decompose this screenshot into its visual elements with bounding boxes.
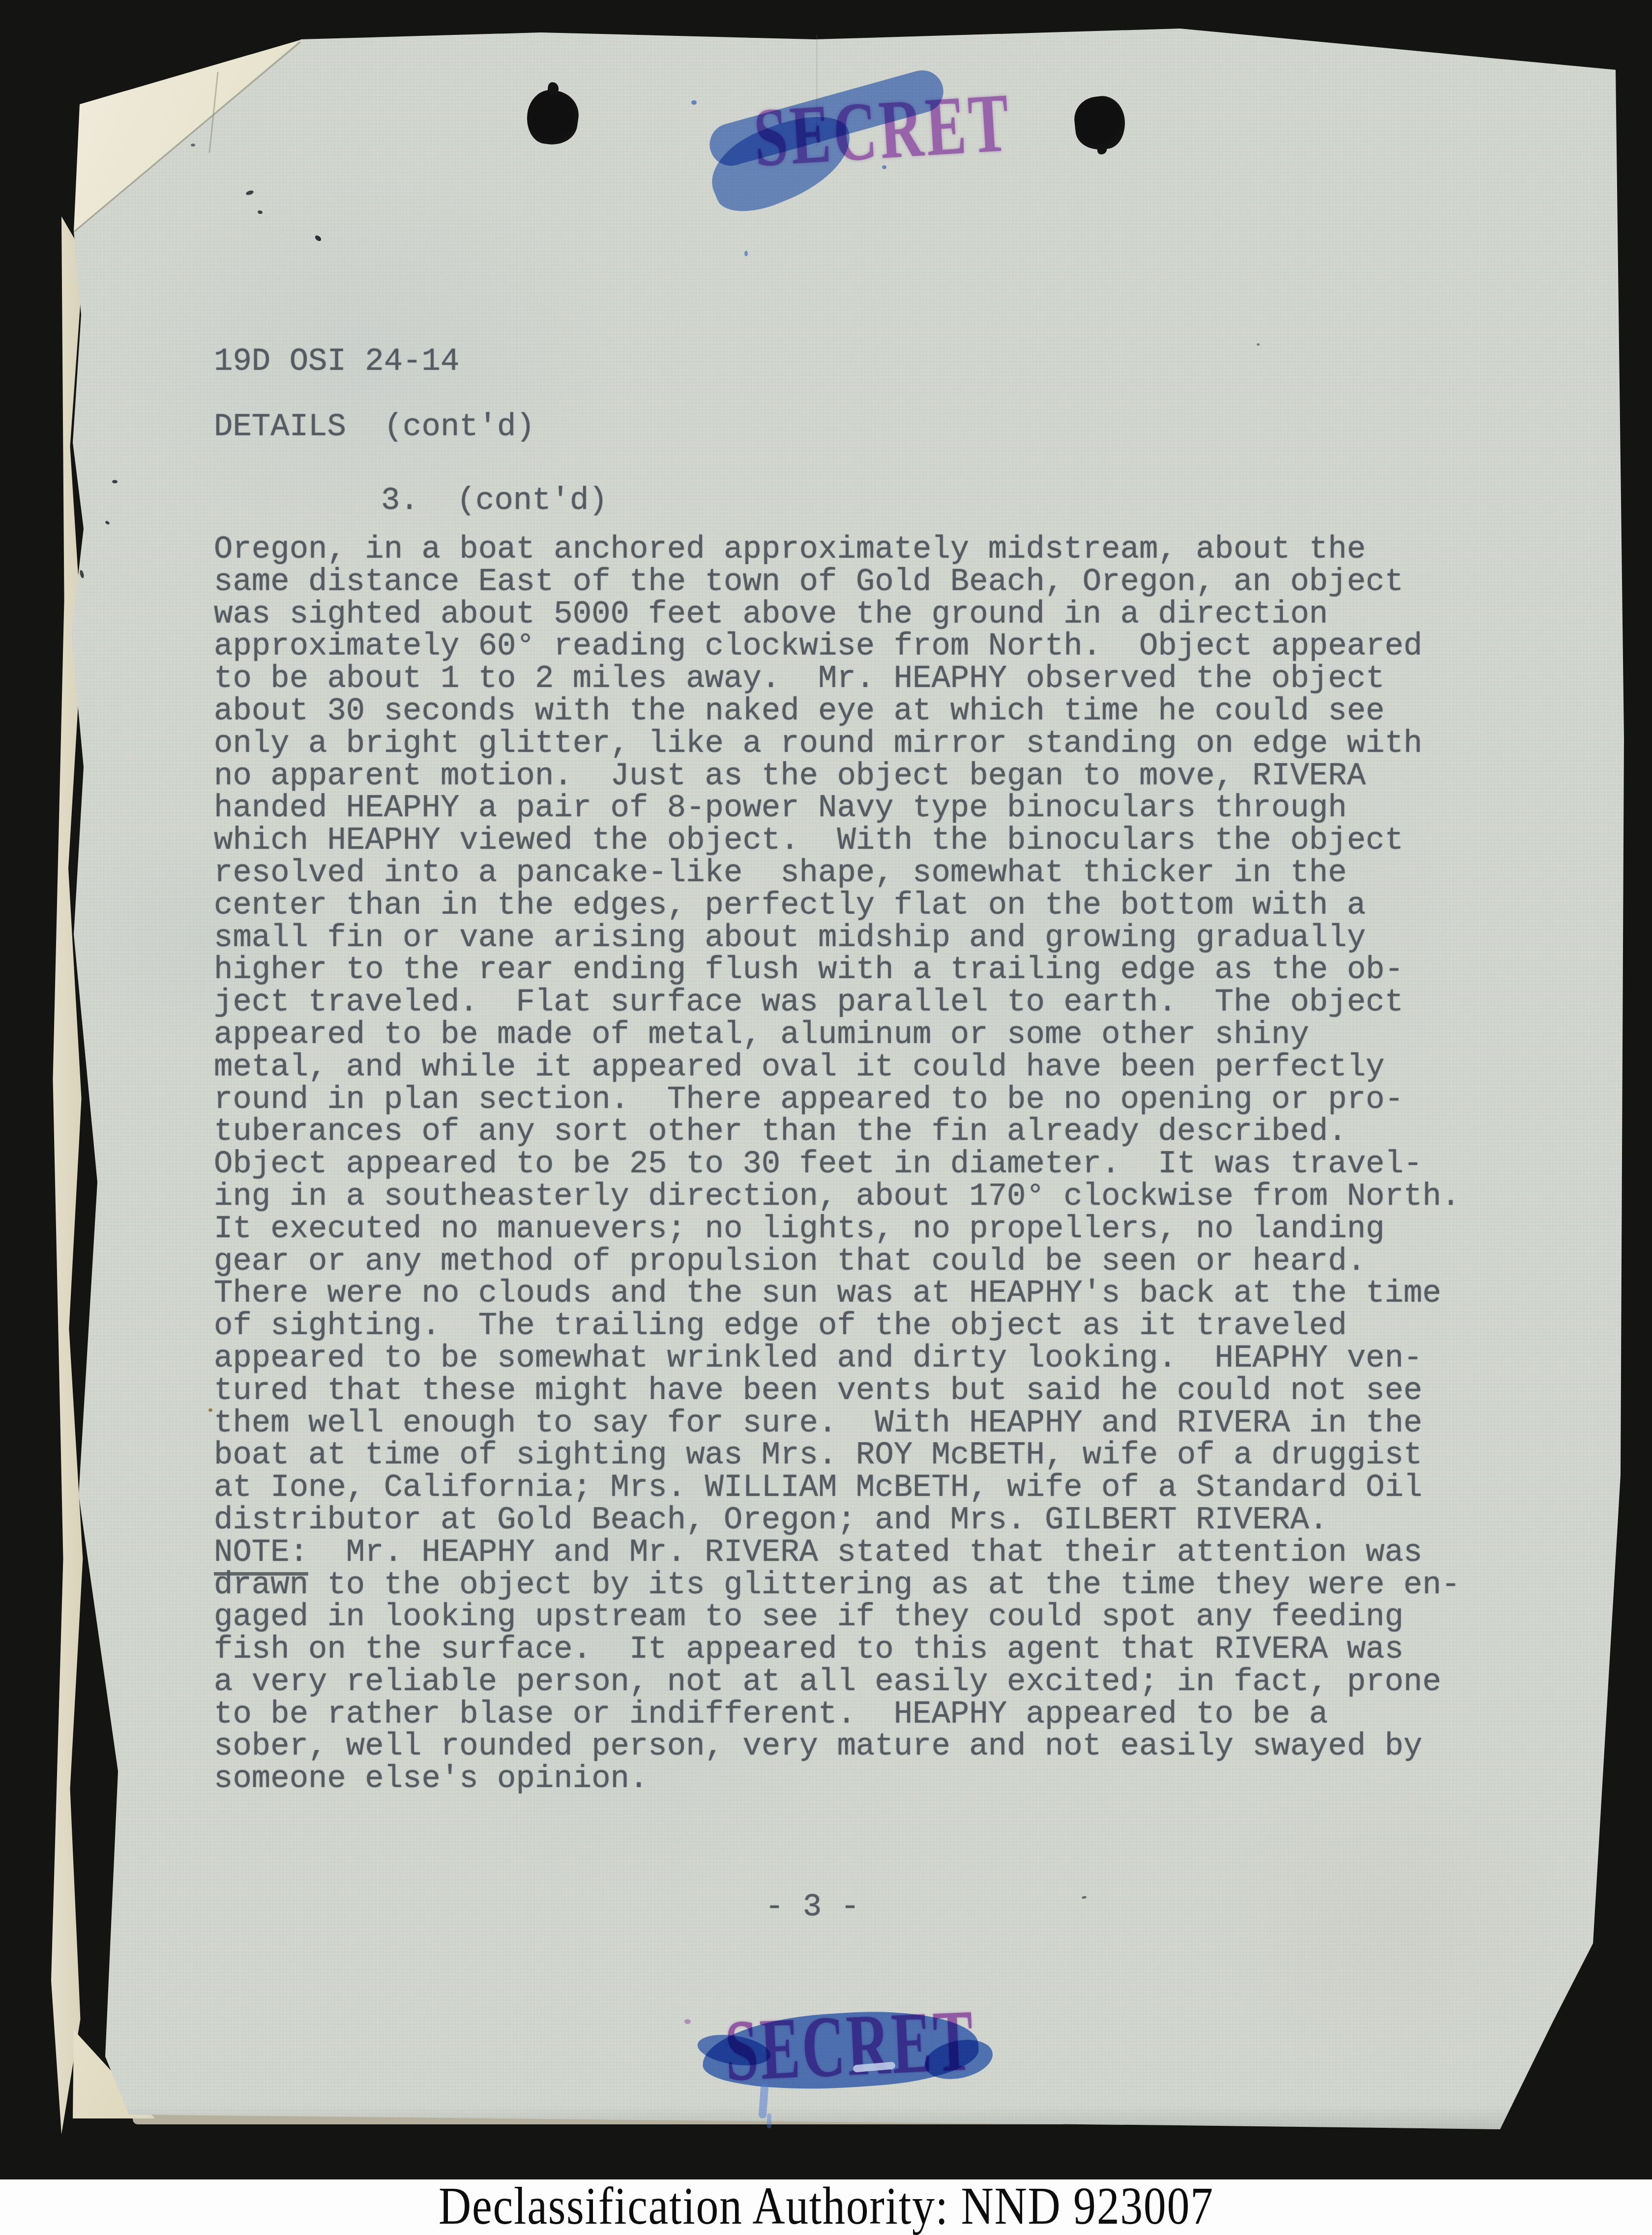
- item-heading: 3. (cont'd): [214, 483, 608, 519]
- body-line: Object appeared to be 25 to 30 feet in d…: [214, 1149, 1460, 1181]
- body-line: approximately 60° reading clockwise from…: [214, 631, 1460, 663]
- body-line: about 30 seconds with the naked eye at w…: [214, 696, 1460, 728]
- body-line: resolved into a pancake-like shape, some…: [214, 858, 1460, 890]
- body-line: only a bright glitter, like a round mirr…: [214, 728, 1460, 761]
- body-line: of sighting. The trailing edge of the ob…: [214, 1311, 1460, 1343]
- body-line: gaged in looking upstream to see if they…: [214, 1602, 1460, 1634]
- body-line: sober, well rounded person, very mature …: [214, 1731, 1460, 1763]
- body-line: tuberances of any sort other than the fi…: [214, 1116, 1460, 1149]
- body-line: higher to the rear ending flush with a t…: [214, 954, 1460, 987]
- body-line: someone else's opinion.: [214, 1763, 1460, 1796]
- body-line: to be about 1 to 2 miles away. Mr. HEAPH…: [214, 663, 1460, 696]
- body-line: no apparent motion. Just as the object b…: [214, 761, 1460, 793]
- marker-speck: [882, 165, 886, 169]
- body-line: distributor at Gold Beach, Oregon; and M…: [214, 1505, 1460, 1537]
- body-line-text: Mr. HEAPHY and Mr. RIVERA stated that th…: [308, 1535, 1422, 1571]
- torn-edge-left: [51, 216, 86, 2134]
- declassification-bar: Declassification Authority: NND 923007: [0, 2179, 1652, 2235]
- body-line: ing in a southeasterly direction, about …: [214, 1181, 1460, 1214]
- body-text: Oregon, in a boat anchored approximately…: [214, 534, 1460, 1796]
- body-line: handed HEAPHY a pair of 8-power Navy typ…: [214, 793, 1460, 825]
- marker-drip: [767, 2114, 771, 2128]
- dust-speck: [1257, 343, 1260, 346]
- stamp-fleck: [684, 2019, 691, 2024]
- body-line: which HEAPHY viewed the object. With the…: [214, 825, 1460, 858]
- body-line: NOTE: Mr. HEAPHY and Mr. RIVERA stated t…: [214, 1537, 1460, 1570]
- body-line: appeared to be made of metal, aluminum o…: [214, 1019, 1460, 1052]
- marker-speck: [744, 251, 748, 256]
- dust-speck: [112, 480, 118, 483]
- body-line: There were no clouds and the sun was at …: [214, 1278, 1460, 1311]
- file-number: 19D OSI 24-14: [214, 344, 459, 380]
- body-line: tured that these might have been vents b…: [214, 1375, 1460, 1408]
- scanned-document: SECRET 19D OSI 24-14 DETAILS (cont'd) 3.…: [0, 0, 1652, 2235]
- body-line: boat at time of sighting was Mrs. ROY Mc…: [214, 1440, 1460, 1472]
- body-line: was sighted about 5000 feet above the gr…: [214, 599, 1460, 631]
- body-line: at Ione, California; Mrs. WILLIAM McBETH…: [214, 1472, 1460, 1505]
- body-line: same distance East of the town of Gold B…: [214, 566, 1460, 599]
- dust-speck: [208, 1408, 212, 1412]
- declassification-text: Declassification Authority: NND 923007: [439, 2179, 1214, 2234]
- body-line: to be rather blase or indifferent. HEAPH…: [214, 1699, 1460, 1731]
- body-line: It executed no manuevers; no lights, no …: [214, 1214, 1460, 1246]
- section-heading: DETAILS (cont'd): [214, 410, 535, 445]
- body-line: a very reliable person, not at all easil…: [214, 1667, 1460, 1699]
- body-line: them well enough to say for sure. With H…: [214, 1408, 1460, 1440]
- body-line: Oregon, in a boat anchored approximately…: [214, 534, 1460, 566]
- body-line: ject traveled. Flat surface was parallel…: [214, 987, 1460, 1019]
- body-line: round in plan section. There appeared to…: [214, 1084, 1460, 1117]
- body-line: center than in the edges, perfectly flat…: [214, 890, 1460, 923]
- page-number: - 3 -: [765, 1890, 859, 1925]
- body-line: appeared to be somewhat wrinkled and dir…: [214, 1343, 1460, 1375]
- marker-speck: [691, 100, 697, 105]
- body-line: fish on the surface. It appeared to this…: [214, 1634, 1460, 1667]
- dust-speck: [191, 144, 195, 147]
- body-line: gear or any method of propulsion that co…: [214, 1246, 1460, 1279]
- body-line: small fin or vane arising about midship …: [214, 923, 1460, 955]
- body-line: metal, and while it appeared oval it cou…: [214, 1052, 1460, 1084]
- body-line: drawn to the object by its glittering as…: [214, 1570, 1460, 1602]
